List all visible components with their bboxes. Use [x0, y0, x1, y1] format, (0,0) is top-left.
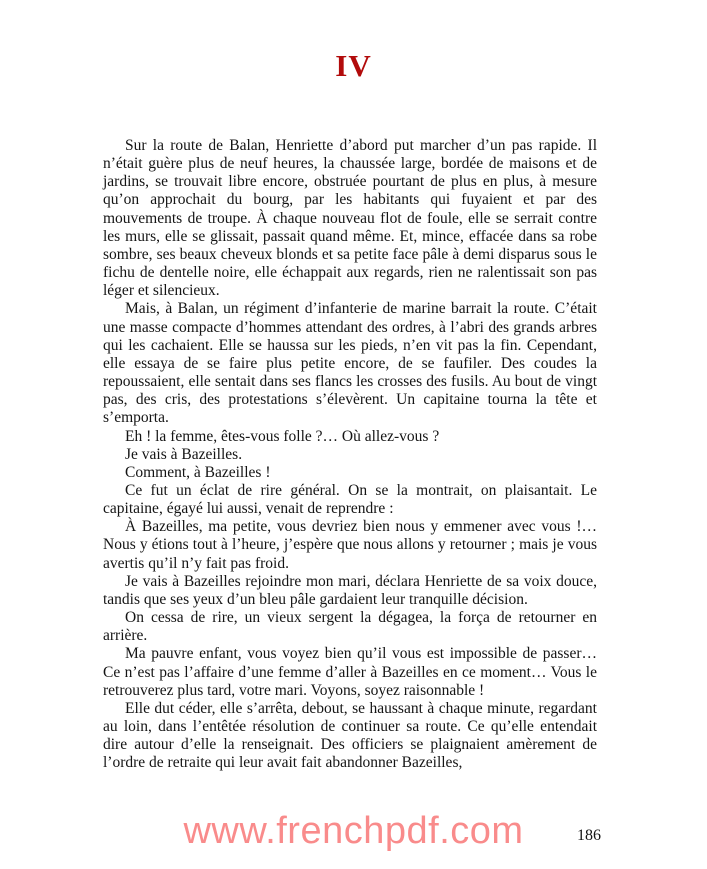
paragraph: Je vais à Bazeilles. — [103, 446, 597, 464]
book-page: IV Sur la route de Balan, Henriette d’ab… — [0, 0, 707, 869]
paragraph: Elle dut céder, elle s’arrêta, debout, s… — [103, 700, 597, 773]
body-text: Sur la route de Balan, Henriette d’abord… — [103, 137, 597, 772]
chapter-heading: IV — [0, 48, 707, 84]
paragraph: Mais, à Balan, un régiment d’infanterie … — [103, 300, 597, 427]
paragraph: Je vais à Bazeilles rejoindre mon mari, … — [103, 573, 597, 609]
paragraph: On cessa de rire, un vieux sergent la dé… — [103, 609, 597, 645]
watermark-link[interactable]: www.frenchpdf.com — [183, 810, 523, 853]
paragraph: À Bazeilles, ma petite, vous devriez bie… — [103, 518, 597, 572]
paragraph: Sur la route de Balan, Henriette d’abord… — [103, 137, 597, 300]
paragraph: Ma pauvre enfant, vous voyez bien qu’il … — [103, 645, 597, 699]
page-number: 186 — [577, 827, 601, 845]
paragraph: Eh ! la femme, êtes-vous folle ?… Où all… — [103, 428, 597, 446]
paragraph: Ce fut un éclat de rire général. On se l… — [103, 482, 597, 518]
paragraph: Comment, à Bazeilles ! — [103, 464, 597, 482]
